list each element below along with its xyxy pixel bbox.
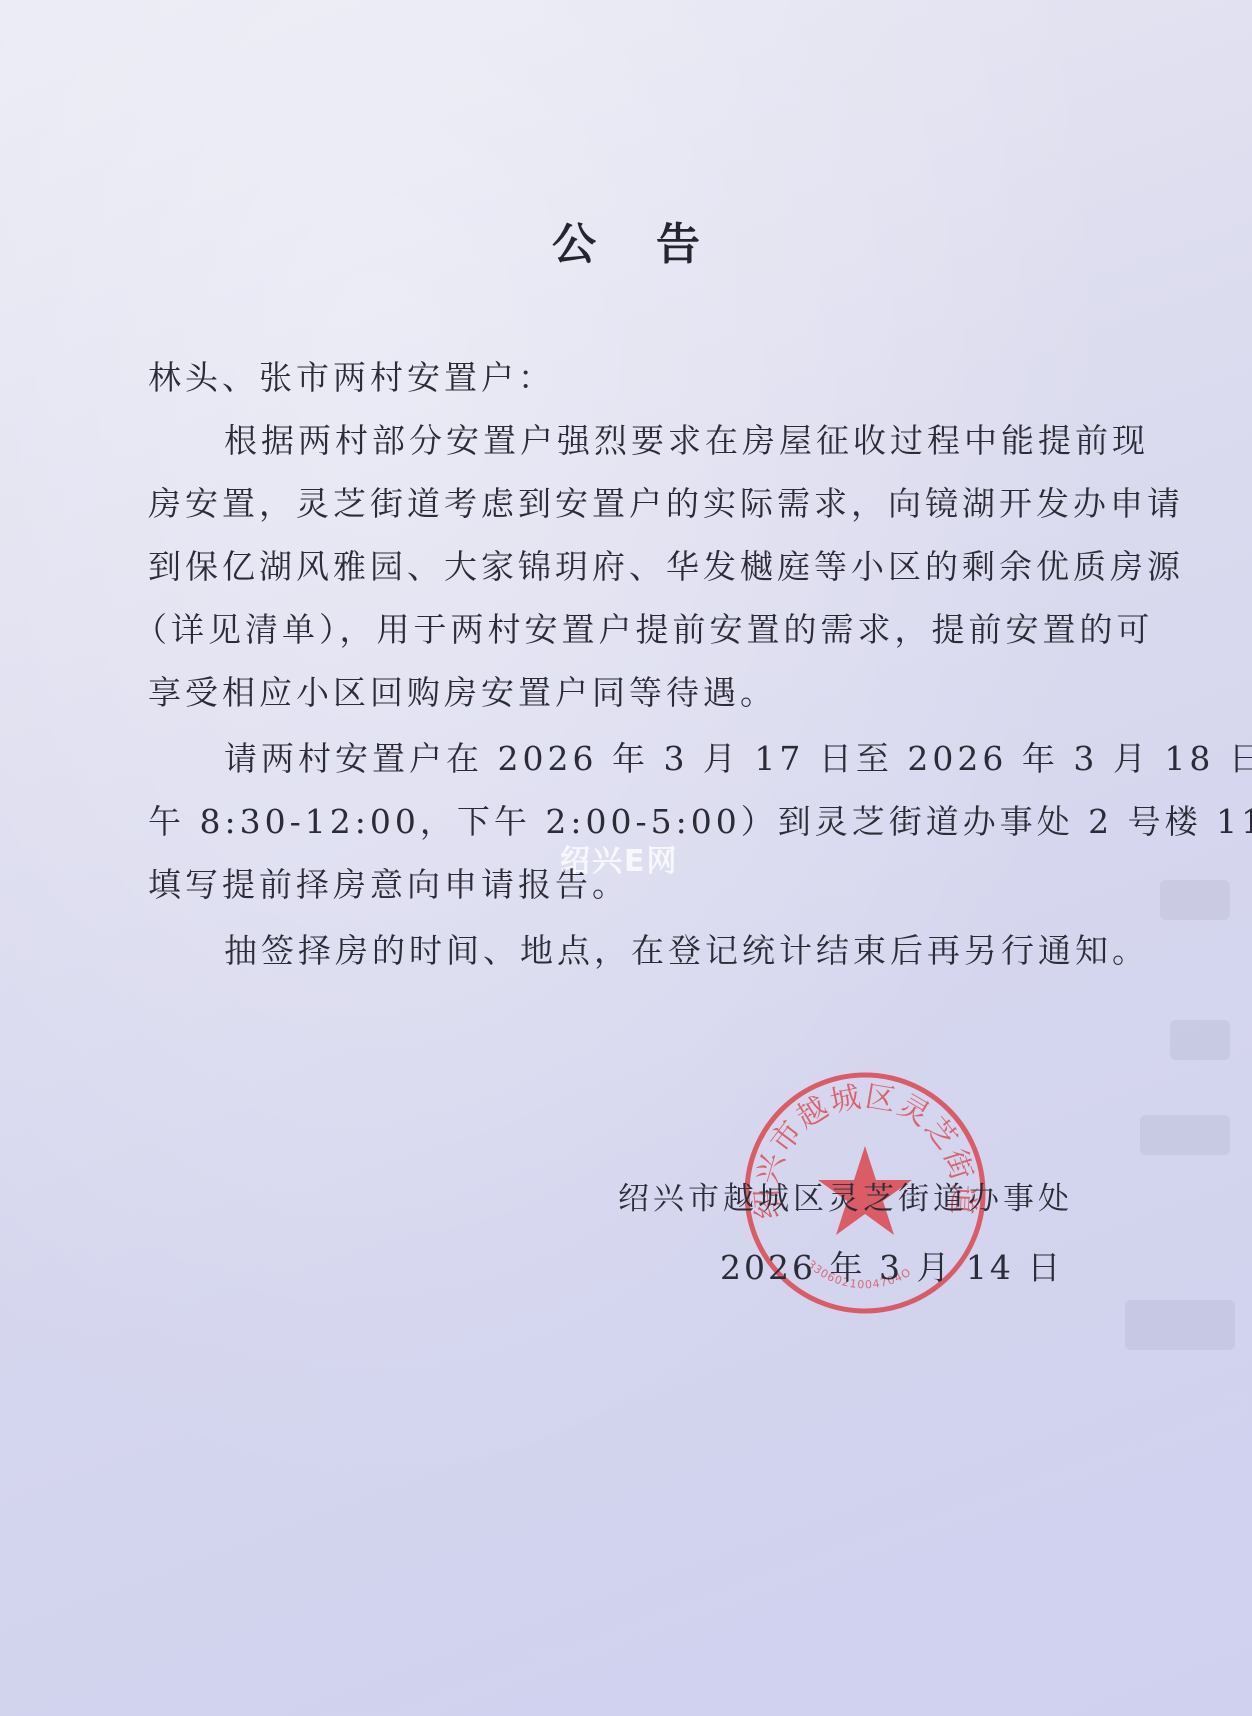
paragraph-2-line-1: 请两村安置户在 2026 年 3 月 17 日至 2026 年 3 月 18 日… xyxy=(224,733,1252,780)
paragraph-3-line-1: 抽签择房的时间、地点，在登记统计结束后再另行通知。 xyxy=(224,925,1149,972)
bleed-through-mark xyxy=(1160,880,1230,920)
paragraph-2-line-3: 填写提前择房意向申请报告。 xyxy=(148,859,629,906)
issuing-organization: 绍兴市越城区灵芝街道办事处 xyxy=(618,1173,1073,1218)
paragraph-1-line-3: 到保亿湖风雅园、大家锦玥府、华发樾庭等小区的剩余优质房源 xyxy=(148,541,1184,588)
bleed-through-mark xyxy=(1140,1115,1230,1155)
notice-title: 公告 xyxy=(0,208,1252,272)
paragraph-2-line-2: 午 8:30-12:00，下午 2:00-5:00）到灵芝街道办事处 2 号楼 … xyxy=(148,796,1252,843)
bleed-through-mark xyxy=(1125,1300,1235,1350)
bleed-through-mark xyxy=(1170,1020,1230,1060)
salutation: 林头、张市两村安置户： xyxy=(148,352,555,399)
paragraph-1-line-2: 房安置，灵芝街道考虑到安置户的实际需求，向镜湖开发办申请 xyxy=(148,478,1184,525)
issue-date: 2026 年 3 月 14 日 xyxy=(720,1242,1063,1289)
paragraph-1-line-4: （详见清单），用于两村安置户提前安置的需求，提前安置的可 xyxy=(134,604,1154,651)
paragraph-1-line-1: 根据两村部分安置户强烈要求在房屋征收过程中能提前现 xyxy=(224,415,1149,462)
paragraph-1-line-5: 享受相应小区回购房安置户同等待遇。 xyxy=(148,667,777,714)
site-watermark: 绍兴E网 xyxy=(560,836,679,880)
